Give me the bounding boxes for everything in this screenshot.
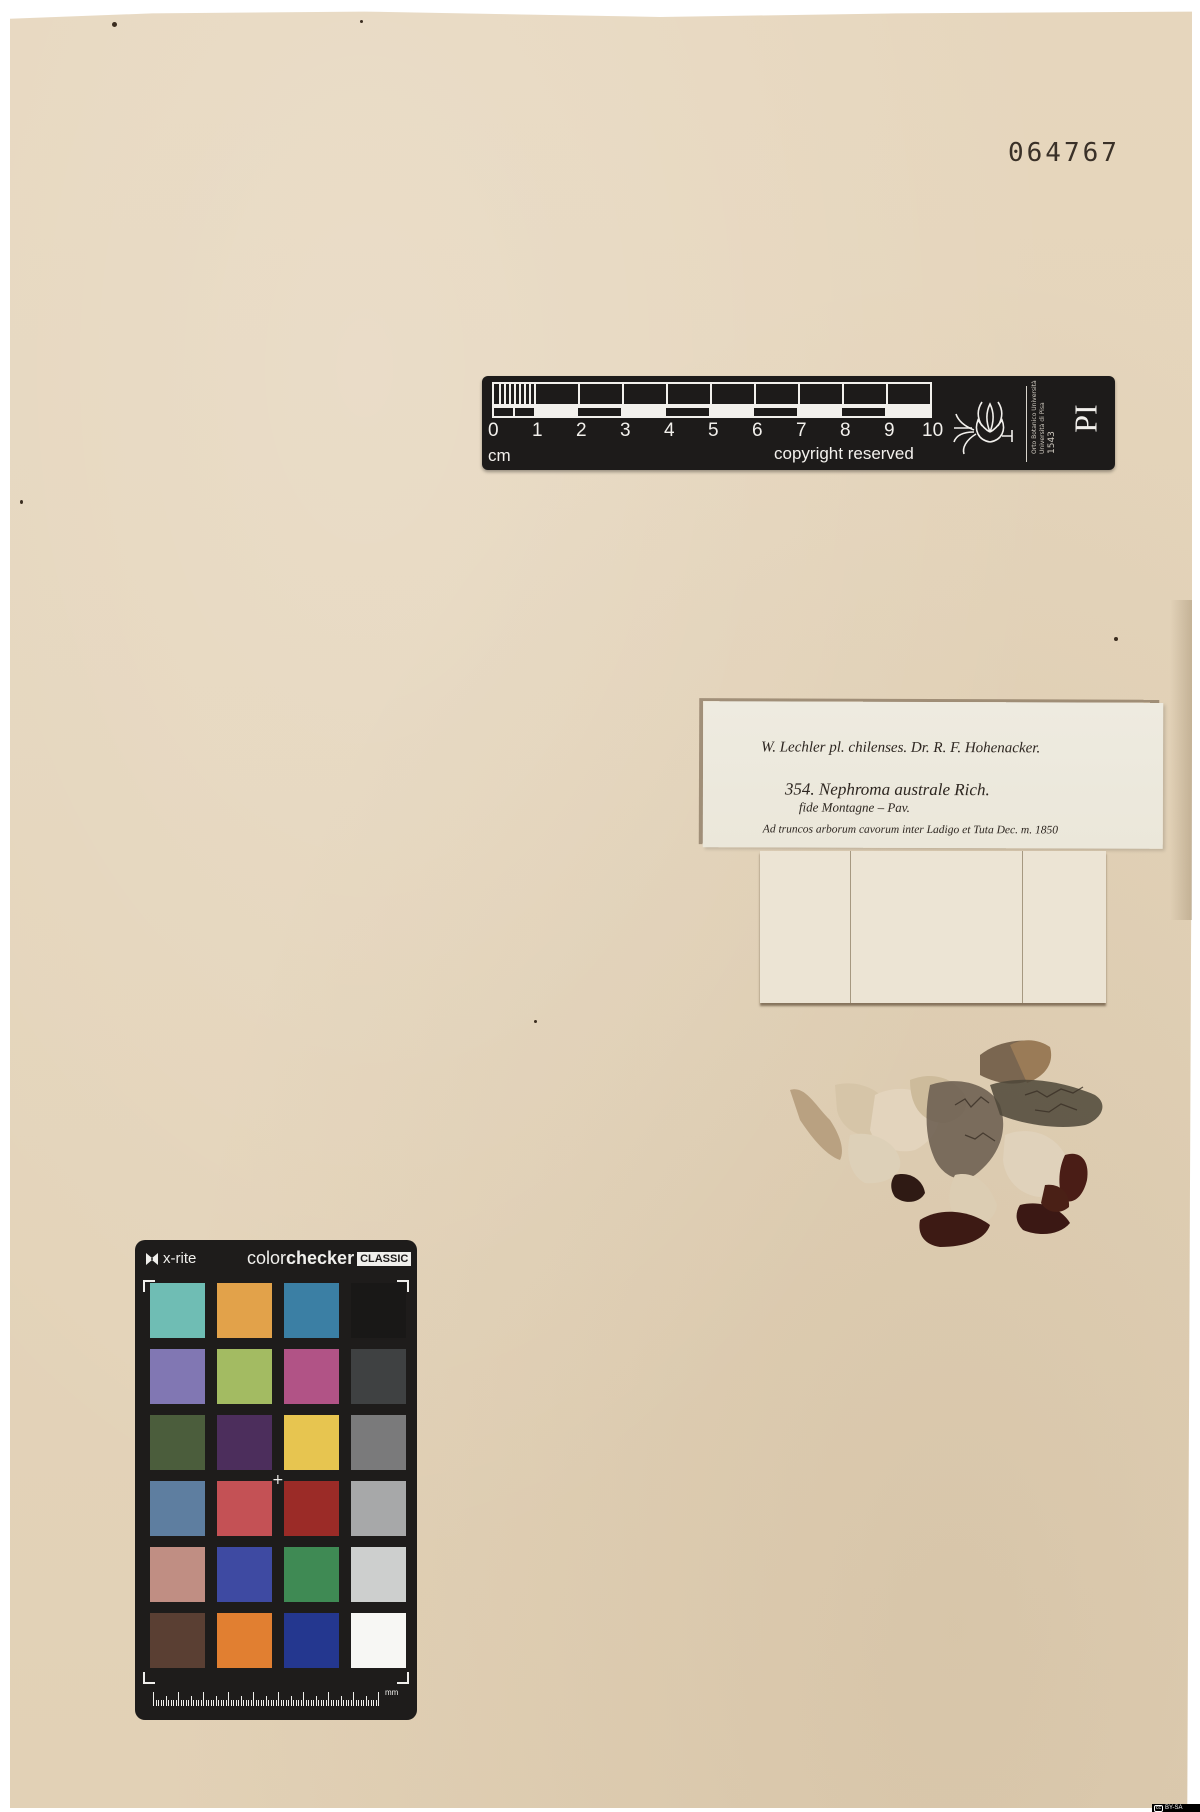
- sheet-edge-shadow: [1170, 600, 1192, 920]
- ruler-tick: [161, 1700, 162, 1706]
- color-patch: [284, 1613, 339, 1668]
- ruler-tick: [188, 1700, 189, 1706]
- ruler-tick: [168, 1700, 169, 1706]
- license-text: BY-SA: [1165, 1804, 1182, 1812]
- ruler-tick: [178, 1692, 179, 1706]
- ruler-tick: [348, 1700, 349, 1706]
- ruler-tick: [193, 1700, 194, 1706]
- scale-number: 4: [664, 420, 675, 442]
- ruler-tick: [293, 1700, 294, 1706]
- ruler-tick: [246, 1700, 247, 1706]
- label-collector-line: W. Lechler pl. chilenses. Dr. R. F. Hohe…: [761, 739, 1040, 757]
- color-patch: [284, 1481, 339, 1536]
- label-taxon-line: 354. Nephroma australe Rich.: [785, 779, 990, 800]
- ruler-tick: [341, 1696, 342, 1706]
- ruler-tick: [223, 1700, 224, 1706]
- paper-speck: [534, 1020, 537, 1023]
- ruler-tick: [298, 1700, 299, 1706]
- color-patch: [351, 1613, 406, 1668]
- accession-number: 064767: [1008, 138, 1120, 168]
- paper-speck: [20, 500, 23, 504]
- ruler-tick: [186, 1700, 187, 1706]
- ruler-tick: [238, 1700, 239, 1706]
- scale-number: 1: [532, 420, 543, 442]
- scale-number: 10: [922, 420, 943, 442]
- ruler-tick: [243, 1700, 244, 1706]
- specimen-packet: [760, 851, 1106, 1003]
- color-patch: [351, 1547, 406, 1602]
- classic-badge: CLASSIC: [357, 1252, 411, 1266]
- mm-ruler: [153, 1692, 381, 1706]
- ruler-tick: [338, 1700, 339, 1706]
- scale-bar: 0 1 2 3 4 5 6 7 8 9 10 cm copyright rese…: [482, 376, 1115, 470]
- color-patch: [217, 1613, 272, 1668]
- scale-number: 5: [708, 420, 719, 442]
- scale-number: 9: [884, 420, 895, 442]
- ruler-tick: [256, 1700, 257, 1706]
- ruler-tick: [321, 1700, 322, 1706]
- ruler-tick: [183, 1700, 184, 1706]
- color-patch: [217, 1481, 272, 1536]
- scale-ruler: [492, 382, 932, 420]
- ruler-tick: [368, 1700, 369, 1706]
- color-patch: [351, 1481, 406, 1536]
- ruler-tick: [326, 1700, 327, 1706]
- cc-icon: cc: [1154, 1805, 1163, 1812]
- color-patch: [284, 1415, 339, 1470]
- ruler-tick: [308, 1700, 309, 1706]
- color-patch: [150, 1613, 205, 1668]
- ruler-tick: [213, 1700, 214, 1706]
- title-bold: checker: [286, 1248, 354, 1268]
- ruler-tick: [196, 1700, 197, 1706]
- ruler-tick: [353, 1692, 354, 1706]
- brand-name: x-rite: [163, 1250, 196, 1267]
- color-patch: [284, 1283, 339, 1338]
- label-locality-line: Ad truncos arborum cavorum inter Ladigo …: [763, 823, 1058, 836]
- ruler-tick: [301, 1700, 302, 1706]
- ruler-tick: [378, 1692, 379, 1706]
- packet-fold: [1022, 851, 1023, 1003]
- ruler-tick: [236, 1700, 237, 1706]
- ruler-tick: [241, 1696, 242, 1706]
- ruler-tick: [278, 1692, 279, 1706]
- color-patch: [150, 1283, 205, 1338]
- ruler-tick: [366, 1696, 367, 1706]
- institution-text: Orto Botanico Università Università di P…: [1026, 386, 1067, 462]
- label-determination-line: fide Montagne – Pav.: [799, 800, 910, 816]
- ruler-tick: [233, 1700, 234, 1706]
- copyright-text: copyright reserved: [774, 444, 914, 464]
- ruler-tick: [201, 1700, 202, 1706]
- lichen-specimen: [775, 1025, 1115, 1250]
- ruler-tick: [273, 1700, 274, 1706]
- scale-number: 8: [840, 420, 851, 442]
- ruler-tick: [376, 1700, 377, 1706]
- ruler-tick: [253, 1692, 254, 1706]
- ruler-tick: [268, 1700, 269, 1706]
- color-patch: [284, 1547, 339, 1602]
- scale-number: 2: [576, 420, 587, 442]
- ruler-tick: [346, 1700, 347, 1706]
- ruler-tick: [176, 1700, 177, 1706]
- ruler-tick: [281, 1700, 282, 1706]
- ruler-tick: [231, 1700, 232, 1706]
- ruler-tick: [166, 1696, 167, 1706]
- ruler-tick: [153, 1692, 154, 1706]
- color-patch: [150, 1349, 205, 1404]
- scale-numbers: 0 1 2 3 4 5 6 7 8 9 10: [486, 420, 956, 442]
- ruler-tick: [288, 1700, 289, 1706]
- ruler-tick: [203, 1692, 204, 1706]
- ruler-tick: [226, 1700, 227, 1706]
- ruler-tick: [283, 1700, 284, 1706]
- xrite-logo-icon: [145, 1252, 159, 1266]
- ruler-tick: [276, 1700, 277, 1706]
- ruler-tick: [306, 1700, 307, 1706]
- ruler-tick: [163, 1700, 164, 1706]
- color-patch: [150, 1547, 205, 1602]
- ruler-tick: [303, 1692, 304, 1706]
- institution-line: Orto Botanico Università: [1031, 384, 1038, 454]
- color-patch: [217, 1547, 272, 1602]
- ruler-tick: [158, 1700, 159, 1706]
- title-light: color: [247, 1248, 286, 1268]
- ruler-tick: [258, 1700, 259, 1706]
- ruler-tick: [358, 1700, 359, 1706]
- ruler-tick: [313, 1700, 314, 1706]
- ruler-tick: [218, 1700, 219, 1706]
- ruler-tick: [248, 1700, 249, 1706]
- color-patch: [150, 1415, 205, 1470]
- colorchecker-card: x-rite colorcheckerCLASSIC + mm: [135, 1240, 417, 1720]
- lotus-flower-icon: [952, 390, 1018, 456]
- ruler-tick: [343, 1700, 344, 1706]
- center-crosshair: +: [272, 1473, 284, 1487]
- ruler-tick: [296, 1700, 297, 1706]
- ruler-tick: [356, 1700, 357, 1706]
- ruler-tick: [373, 1700, 374, 1706]
- xrite-brand: x-rite: [145, 1250, 196, 1267]
- paper-speck: [360, 20, 363, 23]
- ruler-tick: [216, 1696, 217, 1706]
- ruler-tick: [311, 1700, 312, 1706]
- corner-mark: [143, 1672, 155, 1684]
- ruler-tick: [206, 1700, 207, 1706]
- ruler-tick: [208, 1700, 209, 1706]
- color-patch: [217, 1283, 272, 1338]
- ruler-tick: [198, 1700, 199, 1706]
- scale-number: 7: [796, 420, 807, 442]
- ruler-tick: [263, 1700, 264, 1706]
- institution-line: Università di Pisa: [1039, 384, 1046, 454]
- color-patch: [351, 1415, 406, 1470]
- ruler-tick: [371, 1700, 372, 1706]
- colorchecker-title: colorcheckerCLASSIC: [247, 1248, 411, 1269]
- color-patch: [217, 1415, 272, 1470]
- ruler-tick: [323, 1700, 324, 1706]
- ruler-tick: [211, 1700, 212, 1706]
- ruler-tick: [318, 1700, 319, 1706]
- ruler-tick: [361, 1700, 362, 1706]
- ruler-tick: [351, 1700, 352, 1706]
- ruler-tick: [181, 1700, 182, 1706]
- ruler-tick: [228, 1692, 229, 1706]
- ruler-tick: [271, 1700, 272, 1706]
- color-patch: [217, 1349, 272, 1404]
- scale-number: 6: [752, 420, 763, 442]
- specimen-label: W. Lechler pl. chilenses. Dr. R. F. Hohe…: [703, 701, 1164, 849]
- ruler-tick: [261, 1700, 262, 1706]
- corner-mark: [397, 1672, 409, 1684]
- scale-number: 0: [488, 420, 499, 442]
- herbarium-code: PI: [1068, 395, 1105, 443]
- scale-number: 3: [620, 420, 631, 442]
- ruler-tick: [191, 1696, 192, 1706]
- color-patch: [351, 1283, 406, 1338]
- ruler-tick: [331, 1700, 332, 1706]
- color-patch: [150, 1481, 205, 1536]
- paper-speck: [112, 22, 117, 27]
- ruler-tick: [266, 1696, 267, 1706]
- ruler-tick: [171, 1700, 172, 1706]
- ruler-tick: [291, 1696, 292, 1706]
- color-patch: [284, 1349, 339, 1404]
- ruler-tick: [173, 1700, 174, 1706]
- ruler-tick: [363, 1700, 364, 1706]
- paper-speck: [1114, 637, 1118, 641]
- color-patch: [351, 1349, 406, 1404]
- scale-unit: cm: [488, 446, 511, 466]
- ruler-unit: mm: [385, 1688, 398, 1697]
- ruler-tick: [286, 1700, 287, 1706]
- ruler-tick: [328, 1692, 329, 1706]
- ruler-tick: [251, 1700, 252, 1706]
- ruler-tick: [221, 1700, 222, 1706]
- packet-fold: [850, 851, 851, 1003]
- institution-year: 1543: [1049, 384, 1056, 454]
- license-badge: cc BY-SA: [1152, 1804, 1200, 1812]
- ruler-tick: [333, 1700, 334, 1706]
- ruler-tick: [336, 1700, 337, 1706]
- ruler-tick: [156, 1700, 157, 1706]
- ruler-tick: [316, 1696, 317, 1706]
